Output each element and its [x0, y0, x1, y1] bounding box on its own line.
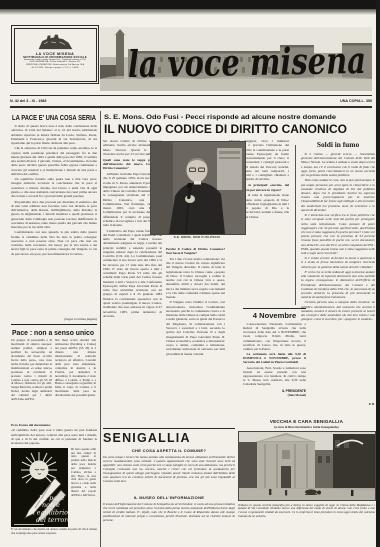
masthead-box-line4: del 2-2-1950 - Stampa in proprio - C.C.P… — [15, 67, 96, 70]
novembre-paragraph: Associazioni, Enti, Scuole e istituzioni… — [243, 366, 306, 387]
senigallia-text-2: Il museo dell'Informazione del Comune di… — [103, 502, 235, 535]
article-pace-headline: LA PACE E' UNA COSA SERIA — [11, 111, 97, 122]
pace-continuation-note: (Segue in ultima pagina) — [11, 317, 97, 321]
senigallia-subhead-1: CHE COSA ASPETTA IL COMUNE? — [103, 448, 235, 453]
issue-line: N. 42 del 3 - XI - 1983 UNA COPIA L. 350 — [10, 97, 372, 105]
article-novembre: 4 Novembre L'Associazione Nazionale Comb… — [243, 308, 306, 397]
pace-paragraph: Che la «marcia» di Città sia da prendere… — [11, 146, 97, 176]
masthead-title-text: la voce misena — [128, 38, 367, 86]
pace-senso-col-right: Nei mesi scorsi davanti alle ambasciate … — [55, 339, 96, 421]
masthead-logo-inner: LA VOCE MISENA SETTIMANALE DI INFORMAZIO… — [14, 28, 97, 82]
scan-edge-top — [0, 0, 380, 9]
masthead-script-title: la voce misena — [100, 29, 372, 91]
soldi-body: Si è riunita — giovedì scorso — l'assemb… — [301, 152, 375, 400]
interview-question-2: Perché il Codice di Diritto Canonico? No… — [166, 247, 225, 256]
bishop-photo-caption: S.E. MONS. ODO FUSI-PECCI — [148, 235, 246, 239]
interview-headline-text: IL NUOVO CODICE DI DIRITTO CANONICO — [104, 122, 347, 136]
senigallia-text-1: Da vario tempo i lavori che hanno portat… — [103, 455, 235, 492]
documento-bottom-text: E' un documento che merita un attento es… — [11, 528, 97, 536]
pace-senso-col-left: Un gruppo di personalità e di movimenti … — [11, 339, 52, 421]
bishop-photo — [150, 141, 246, 235]
scan-edge-top-fade — [0, 9, 380, 15]
pace-paragraph: Confabulando con uno sguardo la più adat… — [11, 230, 97, 256]
poster-text-line4: del terrore — [36, 516, 68, 524]
novembre-headline: 4 Novembre — [243, 311, 306, 320]
vecchia-title: VECCHIA E CARA SENIGALLIA — [238, 419, 375, 424]
article-pace: LA PACE E' UNA COSA SERIA Il titolo di q… — [11, 111, 97, 536]
soldi-paragraph: Si è voluto cercare di forzare la mano a… — [301, 256, 375, 269]
issue-number: N. 42 del 3 - XI - 1983 — [10, 99, 46, 103]
senigallia-subhead-2: IL MUSEO DELL'INFORMAZIONE — [103, 495, 235, 500]
documento-side-text: Di fatto quante armi nei due campi: di t… — [71, 448, 96, 526]
senigallia-headline: SENIGALLIA — [103, 431, 235, 445]
interview-col-b-text: Perché il Codice di Diritto Canonico? No… — [166, 245, 225, 431]
vecchia-subtitle: (a cura di Rino Girolimetti e Adria Casa… — [238, 425, 375, 429]
soldi-headline: Soldi in fumo — [301, 140, 375, 149]
soldi-paragraph: Un'altra piccola nota a margine della ri… — [301, 300, 375, 321]
novembre-bold-paragraph: La cerimonia avrà inizio alle 9,30 di DO… — [243, 352, 306, 364]
pace-paragraph: Un equilibrio fondato sulla paura non è … — [11, 177, 97, 198]
article-pace-body: Il titolo di questa breve nota è nato da… — [11, 124, 97, 316]
documento-lead-text: Ecco il testo del documento: — [11, 423, 51, 427]
pace-senso-headline: Pace : non a senso unico — [11, 327, 97, 337]
pace-senso-columns: Un gruppo di personalità e di movimenti … — [11, 339, 97, 421]
header-rule-bottom — [10, 106, 372, 108]
interview-answer-2b: Il Vangelo resta l'anima; il Codice, con… — [166, 300, 225, 355]
article-pace-senso: Pace : non a senso unico Un gruppo di pe… — [11, 324, 97, 421]
documento-lead-block: Ecco il testo del documento: «Il cammino… — [11, 423, 97, 446]
article-vecchia: VECCHIA E CARA SENIGALLIA (a cura di Rin… — [238, 419, 375, 535]
header-rule-top — [10, 95, 372, 96]
scan-edge-right — [376, 0, 380, 547]
column-rule-left — [100, 111, 101, 547]
soldi-signature: P. B. — [301, 402, 375, 406]
church-photo-caption: Vediamo in questa vecchia fotografia più… — [238, 504, 375, 535]
interview-answer-2: Tra i due c'è una stretta connessione: c… — [166, 257, 225, 300]
pace-paragraph: Il titolo di questa breve nota è nato da… — [11, 124, 97, 145]
article-senigallia: SENIGALLIA CHE COSA ASPETTA IL COMUNE? D… — [103, 428, 235, 535]
novembre-paragraph: L'Associazione Nazionale Combattenti e R… — [243, 322, 306, 351]
soldi-paragraph: Si è riunita — giovedì scorso — l'assemb… — [301, 152, 375, 177]
interview-answer-1b: L'iniziativa del Papa venne fatta propri… — [103, 229, 162, 319]
pace-senso-headline-text: Pace : non a senso unico — [12, 330, 94, 337]
newspaper-front-page: LA VOCE MISENA SETTIMANALE DI INFORMAZIO… — [0, 0, 380, 547]
rocca-logo-icon — [35, 31, 75, 51]
column-rule-right — [295, 145, 296, 305]
copy-price: UNA COPIA L. 350 — [340, 99, 372, 103]
documento-quote: «Il cammino della pace non è nella guerr… — [11, 428, 97, 445]
soldi-paragraph: Viste come andate le cose, non si può sp… — [301, 178, 375, 212]
peace-poster-image: La pace non è l'equilibrio del terrore — [11, 448, 68, 527]
documento-lead: Ecco il testo del documento: — [11, 423, 97, 427]
poster-row: La pace non è l'equilibrio del terrore D… — [11, 448, 97, 527]
novembre-body: L'Associazione Nazionale Combattenti e R… — [243, 322, 306, 387]
interview-headline: IL NUOVO CODICE DI DIRITTO CANONICO — [103, 120, 349, 136]
pace-paragraph: Proponiamo che i due processi per divent… — [11, 200, 97, 230]
article-soldi: Soldi in fumo Si è riunita — giovedì sco… — [301, 140, 375, 406]
soldi-paragraph: E' certo che se nella seduta di oggi si … — [301, 270, 375, 300]
soldi-paragraph: Si è intravista una verifica tra le forz… — [301, 213, 375, 255]
masthead-logo-box: LA VOCE MISENA SETTIMANALE DI INFORMAZIO… — [11, 25, 99, 84]
novembre-signature-name: (Italo Moroni) — [243, 393, 306, 397]
church-photo — [238, 431, 376, 501]
article-pace-headline-text: LA PACE E' UNA COSA SERIA — [12, 113, 96, 122]
